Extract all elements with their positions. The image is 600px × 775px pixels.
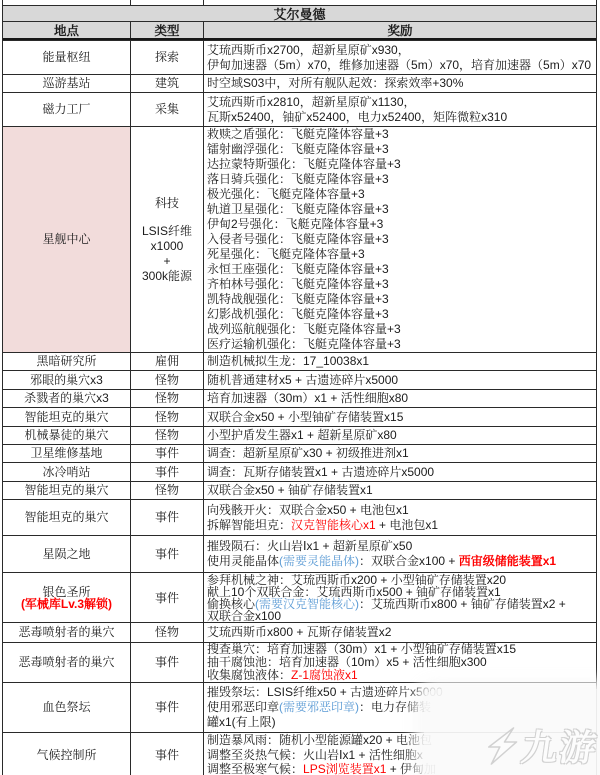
- text-line: 救赎之盾强化：飞艇克隆体容量+3: [207, 127, 595, 142]
- text-segment: 伊甸2号强化：飞艇克隆体容量+3: [207, 217, 383, 231]
- text-line: 双联合金x50 + 小型铀矿存储装置x15: [207, 410, 595, 425]
- text-segment: 采集: [155, 102, 179, 116]
- text-line: 怪物: [155, 428, 179, 443]
- text-segment: 拆解智能坦克：: [207, 518, 291, 532]
- location-cell: 恶毒喷射者的巢穴: [3, 643, 131, 682]
- text-line: 艾琉西斯币x800 + 瓦斯存储装置x2: [207, 625, 595, 640]
- type-cell: 科技LSIS纤维x1000+300k能源: [131, 127, 204, 352]
- sliver-col2: [131, 0, 204, 5]
- text-line: 达拉蒙特斯强化：飞艇克隆体容量+3: [207, 157, 595, 172]
- reward-cell: 调查：超新星原矿x30 + 初级推进剂x1: [204, 445, 596, 462]
- text-line: 怪物: [155, 373, 179, 388]
- text-segment: (需要邪恶印章): [279, 700, 359, 714]
- text-segment: 艾琉西斯币x2700，超新星原矿x930，: [207, 43, 410, 57]
- location-cell: 银色圣所(军械库Lv.3解锁): [3, 573, 131, 622]
- text-segment: 事件: [155, 748, 179, 762]
- text-line: 拆解智能坦克：汉克智能核心x1 + 电池包x1: [207, 518, 595, 533]
- text-segment: 使用邪恶印章: [207, 700, 279, 714]
- text-line: 收集腐蚀液体：Z-1腐蚀液x1: [207, 669, 595, 682]
- text-line: 时空域S03中，对所有舰队起效：探索效率+30%: [207, 76, 595, 91]
- sliver-col3: [204, 0, 596, 5]
- reward-table: 艾尔曼德 地点 类型 奖励 能量枢纽探索艾琉西斯币x2700，超新星原矿x930…: [2, 0, 597, 775]
- text-segment: 医疗运输机强化：飞艇克隆体容量+3: [207, 337, 401, 351]
- text-segment: 艾琉西斯币x800 + 瓦斯存储装置x2: [207, 625, 391, 639]
- location-cell: 气候控制所: [3, 733, 131, 775]
- text-segment: 入侵者号强化：飞艇克隆体容量+3: [207, 232, 389, 246]
- text-segment: 300k能源: [142, 269, 192, 283]
- text-line: 极光强化：飞艇克隆体容量+3: [207, 187, 595, 202]
- table-title: 艾尔曼德: [273, 4, 325, 23]
- text-segment: 恶毒喷射者的巢穴: [18, 625, 114, 639]
- text-line: 事件: [155, 465, 179, 480]
- text-segment: 伊甸加速器（5m）x70，维修加速器（5m）x70，培育加速器（5m）x70: [207, 58, 591, 72]
- text-segment: 调查：瓦斯存储装置x1 + 古遗迹碎片x5000: [207, 465, 434, 479]
- text-segment: 事件: [155, 446, 179, 460]
- text-segment: ：电力存储装: [359, 700, 431, 714]
- text-segment: 收集腐蚀液体：: [207, 668, 291, 682]
- location-cell: 杀戮者的巢穴x3: [3, 390, 131, 407]
- text-line: 建筑: [155, 76, 179, 91]
- text-line: 幻影战机强化：飞艇克隆体容量+3: [207, 307, 595, 322]
- text-segment: 怪物: [155, 391, 179, 405]
- text-segment: 齐柏林号强化：飞艇克隆体容量+3: [207, 277, 389, 291]
- text-line: 落日骑兵强化：飞艇克隆体容量+3: [207, 172, 595, 187]
- text-line: 杀戮者的巢穴x3: [24, 391, 109, 406]
- table-row: 恶毒喷射者的巢穴事件搜查巢穴：培育加速器（30m）x1 + 小型铀矿存储装置x1…: [3, 642, 596, 682]
- reward-cell: 参拜机械之神：艾琉西斯币x200 + 小型铀矿存储装置x20献上10个双联合金：…: [204, 573, 596, 622]
- text-line: 邪眼的巢穴x3: [30, 373, 103, 388]
- text-line: LSIS纤维: [142, 224, 192, 239]
- text-segment: 西宙级储能装置x1: [459, 554, 556, 568]
- text-segment: 事件: [155, 591, 179, 605]
- location-cell: 黑暗研究所: [3, 353, 131, 370]
- text-segment: 摧毁祭坛：LSIS纤维x50 + 古遗迹碎片x5000: [207, 685, 443, 699]
- text-segment: 怪物: [155, 428, 179, 442]
- text-segment: 永恒王座强化：飞艇克隆体容量+3: [207, 262, 389, 276]
- reward-cell: 小型护盾发生器x1 + 超新星原矿x80: [204, 427, 596, 444]
- type-cell: 事件: [131, 643, 204, 682]
- reward-cell: 随机普通建材x5 + 古遗迹碎片x5000: [204, 371, 596, 389]
- text-line: 怪物: [155, 483, 179, 498]
- text-segment: 气候控制所: [36, 748, 96, 762]
- text-line: 事件: [155, 547, 179, 562]
- text-line: 怪物: [155, 410, 179, 425]
- text-line: 事件: [155, 446, 179, 461]
- reward-cell: 艾琉西斯币x800 + 瓦斯存储装置x2: [204, 623, 596, 642]
- text-segment: 时空域S03中，对所有舰队起效：探索效率+30%: [207, 76, 463, 90]
- table-row: 杀戮者的巢穴x3怪物培育加速器（30m）x1 + 活性细胞x80: [3, 389, 596, 407]
- location-cell: 巡游基站: [3, 75, 131, 92]
- table-row: 黑暗研究所雇佣制造机械拟生龙：17_10038x1: [3, 352, 596, 370]
- text-line: 磁力工厂: [42, 102, 90, 117]
- sliver-col1: [3, 0, 131, 5]
- text-line: 气候控制所: [36, 748, 96, 763]
- text-line: 双联合金x50 + 铀矿存储装置x1: [207, 483, 595, 498]
- text-segment: 探索: [155, 50, 179, 64]
- text-line: 培育加速器（30m）x1 + 活性细胞x80: [207, 391, 595, 406]
- table-row: 邪眼的巢穴x3怪物随机普通建材x5 + 古遗迹碎片x5000: [3, 370, 596, 389]
- text-line: 随机普通建材x5 + 古遗迹碎片x5000: [207, 373, 595, 388]
- text-segment: + 电池包x1: [376, 518, 438, 532]
- reward-cell: 救赎之盾强化：飞艇克隆体容量+3镭射幽浮强化：飞艇克隆体容量+3达拉蒙特斯强化：…: [204, 127, 596, 352]
- text-line: 永恒王座强化：飞艇克隆体容量+3: [207, 262, 595, 277]
- header-reward: 奖励: [204, 22, 596, 38]
- table-row: 机械暴徒的巢穴怪物小型护盾发生器x1 + 超新星原矿x80: [3, 426, 596, 444]
- text-line: 事件: [155, 592, 179, 604]
- table-row: 星舰中心科技LSIS纤维x1000+300k能源救赎之盾强化：飞艇克隆体容量+3…: [3, 126, 596, 352]
- text-segment: 雇佣: [155, 354, 179, 368]
- text-line: 科技: [155, 196, 179, 211]
- location-cell: 机械暴徒的巢穴: [3, 427, 131, 444]
- text-line: 卫星维修基地: [30, 446, 102, 461]
- text-segment: 事件: [155, 655, 179, 669]
- text-segment: 救赎之盾强化：飞艇克隆体容量+3: [207, 127, 389, 141]
- table-row: 卫星维修基地事件调查：超新星原矿x30 + 初级推进剂x1: [3, 444, 596, 462]
- table-row: 银色圣所(军械库Lv.3解锁)事件参拜机械之神：艾琉西斯币x200 + 小型铀矿…: [3, 572, 596, 622]
- text-line: 调查：瓦斯存储装置x1 + 古遗迹碎片x5000: [207, 465, 595, 480]
- 9game-watermark: 九游: [479, 720, 600, 771]
- text-segment: 死星强化：飞艇克隆体容量+3: [207, 247, 365, 261]
- text-line: 制造机械拟生龙：17_10038x1: [207, 354, 595, 369]
- type-cell: 怪物: [131, 623, 204, 642]
- text-segment: 怪物: [155, 373, 179, 387]
- location-cell: 星舰中心: [3, 127, 131, 352]
- location-cell: 邪眼的巢穴x3: [3, 371, 131, 389]
- reward-cell: 调查：瓦斯存储装置x1 + 古遗迹碎片x5000: [204, 463, 596, 481]
- type-cell: 建筑: [131, 75, 204, 92]
- text-line: 向残骸开火：双联合金x50 + 电池包x1: [207, 503, 595, 518]
- text-line: 采集: [155, 102, 179, 117]
- text-line: 事件: [155, 656, 179, 669]
- table-row: 智能坦克的巢穴怪物双联合金x50 + 小型铀矿存储装置x15: [3, 407, 596, 426]
- reward-cell: 培育加速器（30m）x1 + 活性细胞x80: [204, 390, 596, 407]
- reward-cell: 双联合金x50 + 小型铀矿存储装置x15: [204, 408, 596, 426]
- text-segment: 智能坦克的巢穴: [24, 483, 108, 497]
- text-line: 艾琉西斯币x2810，超新星原矿x1130，: [207, 95, 595, 110]
- text-segment: 凯特战舰强化：飞艇克隆体容量+3: [207, 292, 389, 306]
- table-row: 巡游基站建筑时空域S03中，对所有舰队起效：探索效率+30%: [3, 74, 596, 92]
- text-segment: (军械库Lv.3解锁): [21, 597, 112, 611]
- text-segment: 黑暗研究所: [36, 354, 96, 368]
- type-cell: 怪物: [131, 482, 204, 499]
- text-line: 齐柏林号强化：飞艇克隆体容量+3: [207, 277, 595, 292]
- text-line: +: [163, 254, 170, 269]
- text-segment: ：双联合金x100 +: [359, 554, 459, 568]
- table-row: 星陨之地事件摧毁陨石：火山岩Ⅰx1 + 超新星原矿x50使用灵能晶体(需要灵能晶…: [3, 535, 596, 572]
- text-segment: 事件: [155, 700, 179, 714]
- reward-cell: 摧毁陨石：火山岩Ⅰx1 + 超新星原矿x50使用灵能晶体(需要灵能晶体)：双联合…: [204, 536, 596, 572]
- text-segment: 使用灵能晶体: [207, 554, 279, 568]
- text-line: 伊甸加速器（5m）x70，维修加速器（5m）x70，培育加速器（5m）x70: [207, 58, 595, 73]
- text-segment: 机械暴徒的巢穴: [24, 428, 108, 442]
- text-segment: 摧毁陨石：火山岩Ⅰx1 + 超新星原矿x50: [207, 539, 412, 553]
- text-segment: 事件: [155, 547, 179, 561]
- table-row: 智能坦克的巢穴怪物双联合金x50 + 铀矿存储装置x1: [3, 481, 596, 499]
- text-line: 艾琉西斯币x2700，超新星原矿x930，: [207, 43, 595, 58]
- type-cell: 事件: [131, 463, 204, 481]
- text-segment: 极光强化：飞艇克隆体容量+3: [207, 187, 365, 201]
- header-type: 类型: [131, 22, 204, 38]
- text-line: 伊甸2号强化：飞艇克隆体容量+3: [207, 217, 595, 232]
- text-line: (军械库Lv.3解锁): [21, 598, 112, 610]
- text-segment: +: [163, 254, 170, 268]
- text-segment: 罐x1(有上限): [207, 715, 276, 729]
- type-cell: 事件: [131, 733, 204, 775]
- text-line: 镭射幽浮强化：飞艇克隆体容量+3: [207, 142, 595, 157]
- type-cell: 事件: [131, 683, 204, 732]
- text-segment: 建筑: [155, 76, 179, 90]
- text-segment: 调整至炎热气候：火山岩Ⅰx1 + 活性细胞x: [207, 748, 423, 762]
- location-cell: 冰冷哨站: [3, 463, 131, 481]
- type-cell: 采集: [131, 93, 204, 126]
- reward-cell: 艾琉西斯币x2700，超新星原矿x930，伊甸加速器（5m）x70，维修加速器（…: [204, 41, 596, 74]
- text-line: 瓦斯x52400，铀矿x52400，电力x52400，矩阵微粒x310: [207, 110, 595, 125]
- text-segment: 轨道卫星强化：飞艇克隆体容量+3: [207, 202, 389, 216]
- type-cell: 怪物: [131, 408, 204, 426]
- text-line: 怪物: [155, 391, 179, 406]
- type-cell: 怪物: [131, 390, 204, 407]
- type-cell: 事件: [131, 500, 204, 535]
- type-cell: 探索: [131, 41, 204, 74]
- text-line: 探索: [155, 50, 179, 65]
- text-line: 星舰中心: [42, 232, 90, 247]
- reward-cell: 艾琉西斯币x2810，超新星原矿x1130，瓦斯x52400，铀矿x52400，…: [204, 93, 596, 126]
- text-segment: LSIS纤维: [142, 224, 192, 238]
- text-segment: 镭射幽浮强化：飞艇克隆体容量+3: [207, 142, 389, 156]
- text-segment: 事件: [155, 510, 179, 524]
- text-line: 恶毒喷射者的巢穴: [18, 625, 114, 640]
- text-segment: 汉克智能核心x1: [291, 518, 376, 532]
- location-cell: 能量枢纽: [3, 41, 131, 74]
- reward-cell: 双联合金x50 + 铀矿存储装置x1: [204, 482, 596, 499]
- text-segment: 小型护盾发生器x1 + 超新星原矿x80: [207, 428, 397, 442]
- text-line: 能量枢纽: [42, 50, 90, 65]
- location-cell: 星陨之地: [3, 536, 131, 572]
- text-line: 小型护盾发生器x1 + 超新星原矿x80: [207, 428, 595, 443]
- text-line: 300k能源: [142, 269, 192, 284]
- text-segment: 艾琉西斯币x2810，超新星原矿x1130，: [207, 95, 416, 109]
- text-segment: 智能坦克的巢穴: [24, 510, 108, 524]
- text-line: 事件: [155, 748, 179, 763]
- text-line: 事件: [155, 510, 179, 525]
- text-line: 事件: [155, 700, 179, 715]
- text-line: 死星强化：飞艇克隆体容量+3: [207, 247, 595, 262]
- type-cell: 怪物: [131, 371, 204, 389]
- text-segment: 制造暴风雨：随机小型能源罐x20 + 电池包: [207, 733, 432, 747]
- text-line: 雇佣: [155, 354, 179, 369]
- text-segment: 双联合金x50 + 小型铀矿存储装置x15: [207, 410, 403, 424]
- text-line: 巡游基站: [42, 76, 90, 91]
- text-segment: 星陨之地: [42, 547, 90, 561]
- text-line: 冰冷哨站: [42, 465, 90, 480]
- text-segment: 幻影战机强化：飞艇克隆体容量+3: [207, 307, 389, 321]
- location-cell: 卫星维修基地: [3, 445, 131, 462]
- text-segment: 双联合金x50 + 铀矿存储装置x1: [207, 483, 373, 497]
- 9game-logo-icon: [480, 726, 522, 766]
- text-segment: 磁力工厂: [42, 102, 90, 116]
- text-line: 摧毁陨石：火山岩Ⅰx1 + 超新星原矿x50: [207, 539, 595, 554]
- reward-cell: 搜查巢穴：培育加速器（30m）x1 + 小型铀矿存储装置x15抽干腐蚀池：培育加…: [204, 643, 596, 682]
- text-line: 智能坦克的巢穴: [24, 483, 108, 498]
- text-line: 恶毒喷射者的巢穴: [18, 656, 114, 669]
- text-segment: 瓦斯x52400，铀矿x52400，电力x52400，矩阵微粒x310: [207, 110, 507, 124]
- reward-cell: 向残骸开火：双联合金x50 + 电池包x1拆解智能坦克：汉克智能核心x1 + 电…: [204, 500, 596, 535]
- text-segment: LPS浏览装置x1: [303, 762, 386, 775]
- text-segment: 智能坦克的巢穴: [24, 410, 108, 424]
- text-line: 智能坦克的巢穴: [24, 510, 108, 525]
- text-segment: 培育加速器（30m）x1 + 活性细胞x80: [207, 391, 408, 405]
- text-line: 调查：超新星原矿x30 + 初级推进剂x1: [207, 446, 595, 461]
- type-cell: 雇佣: [131, 353, 204, 370]
- text-line: 医疗运输机强化：飞艇克隆体容量+3: [207, 337, 595, 352]
- text-line: 凯特战舰强化：飞艇克隆体容量+3: [207, 292, 595, 307]
- text-segment: 怪物: [155, 410, 179, 424]
- type-cell: 事件: [131, 445, 204, 462]
- table-row: 冰冷哨站事件调查：瓦斯存储装置x1 + 古遗迹碎片x5000: [3, 462, 596, 481]
- location-cell: 磁力工厂: [3, 93, 131, 126]
- location-cell: 恶毒喷射者的巢穴: [3, 623, 131, 642]
- text-segment: 科技: [155, 196, 179, 210]
- text-line: 怪物: [155, 625, 179, 640]
- text-segment: Z-1腐蚀液x1: [291, 668, 358, 682]
- text-segment: 恶毒喷射者的巢穴: [18, 655, 114, 669]
- text-segment: 抽干腐蚀池：培育加速器（10m）x5 + 活性细胞x300: [207, 655, 487, 669]
- text-segment: (需要灵能晶体): [279, 554, 359, 568]
- text-segment: 怪物: [155, 625, 179, 639]
- type-cell: 事件: [131, 536, 204, 572]
- text-segment: 达拉蒙特斯强化：飞艇克隆体容量+3: [207, 157, 401, 171]
- text-segment: 星舰中心: [42, 232, 90, 246]
- location-cell: 智能坦克的巢穴: [3, 408, 131, 426]
- text-segment: 血色祭坛: [42, 700, 90, 714]
- text-line: 轨道卫星强化：飞艇克隆体容量+3: [207, 202, 595, 217]
- text-line: 血色祭坛: [42, 700, 90, 715]
- table-header-row: 地点 类型 奖励: [3, 21, 596, 40]
- location-cell: 智能坦克的巢穴: [3, 500, 131, 535]
- table-row: 能量枢纽探索艾琉西斯币x2700，超新星原矿x930，伊甸加速器（5m）x70，…: [3, 40, 596, 74]
- location-cell: 血色祭坛: [3, 683, 131, 732]
- text-line: 星陨之地: [42, 547, 90, 562]
- reward-cell: 时空域S03中，对所有舰队起效：探索效率+30%: [204, 75, 596, 92]
- table-body: 能量枢纽探索艾琉西斯币x2700，超新星原矿x930，伊甸加速器（5m）x70，…: [3, 40, 596, 775]
- text-segment: 向残骸开火：双联合金x50 + 电池包x1: [207, 503, 409, 517]
- text-segment: 调整至极寒气候：: [207, 762, 303, 775]
- text-segment: 调查：超新星原矿x30 + 初级推进剂x1: [207, 446, 409, 460]
- location-cell: 智能坦克的巢穴: [3, 482, 131, 499]
- page: 艾尔曼德 地点 类型 奖励 能量枢纽探索艾琉西斯币x2700，超新星原矿x930…: [0, 0, 600, 775]
- type-cell: 怪物: [131, 427, 204, 444]
- table-row: 智能坦克的巢穴事件向残骸开火：双联合金x50 + 电池包x1拆解智能坦克：汉克智…: [3, 499, 596, 535]
- text-segment: x1000: [151, 239, 184, 253]
- text-line: 黑暗研究所: [36, 354, 96, 369]
- text-segment: 巡游基站: [42, 76, 90, 90]
- text-segment: 邪眼的巢穴x3: [30, 373, 103, 387]
- text-line: 智能坦克的巢穴: [24, 410, 108, 425]
- text-segment: 双联合金x100: [207, 609, 281, 623]
- text-line: 双联合金x100: [207, 610, 595, 622]
- text-segment: 事件: [155, 465, 179, 479]
- text-line: 机械暴徒的巢穴: [24, 428, 108, 443]
- text-segment: 卫星维修基地: [30, 446, 102, 460]
- text-segment: 随机普通建材x5 + 古遗迹碎片x5000: [207, 373, 398, 387]
- text-line: 战列巡航舰强化：飞艇克隆体容量+3: [207, 322, 595, 337]
- text-line: x1000: [151, 239, 184, 254]
- type-cell: 事件: [131, 573, 204, 622]
- text-segment: 杀戮者的巢穴x3: [24, 391, 109, 405]
- header-location: 地点: [3, 22, 131, 38]
- text-segment: 制造机械拟生龙：17_10038x1: [207, 354, 369, 368]
- table-row: 恶毒喷射者的巢穴怪物艾琉西斯币x800 + 瓦斯存储装置x2: [3, 622, 596, 642]
- text-segment: 能量枢纽: [42, 50, 90, 64]
- text-segment: ：艾琉西斯币x800 + 铀矿存储装置x2 +: [359, 597, 566, 611]
- text-segment: 怪物: [155, 483, 179, 497]
- text-line: 使用灵能晶体(需要灵能晶体)：双联合金x100 + 西宙级储能装置x1: [207, 554, 595, 569]
- text-segment: 落日骑兵强化：飞艇克隆体容量+3: [207, 172, 389, 186]
- table-title-row: 艾尔曼德: [3, 5, 596, 21]
- watermark-text: 九游: [518, 720, 600, 771]
- reward-cell: 制造机械拟生龙：17_10038x1: [204, 353, 596, 370]
- text-segment: 战列巡航舰强化：飞艇克隆体容量+3: [207, 322, 401, 336]
- text-segment: 冰冷哨站: [42, 465, 90, 479]
- table-row: 磁力工厂采集艾琉西斯币x2810，超新星原矿x1130，瓦斯x52400，铀矿x…: [3, 92, 596, 126]
- text-line: 入侵者号强化：飞艇克隆体容量+3: [207, 232, 595, 247]
